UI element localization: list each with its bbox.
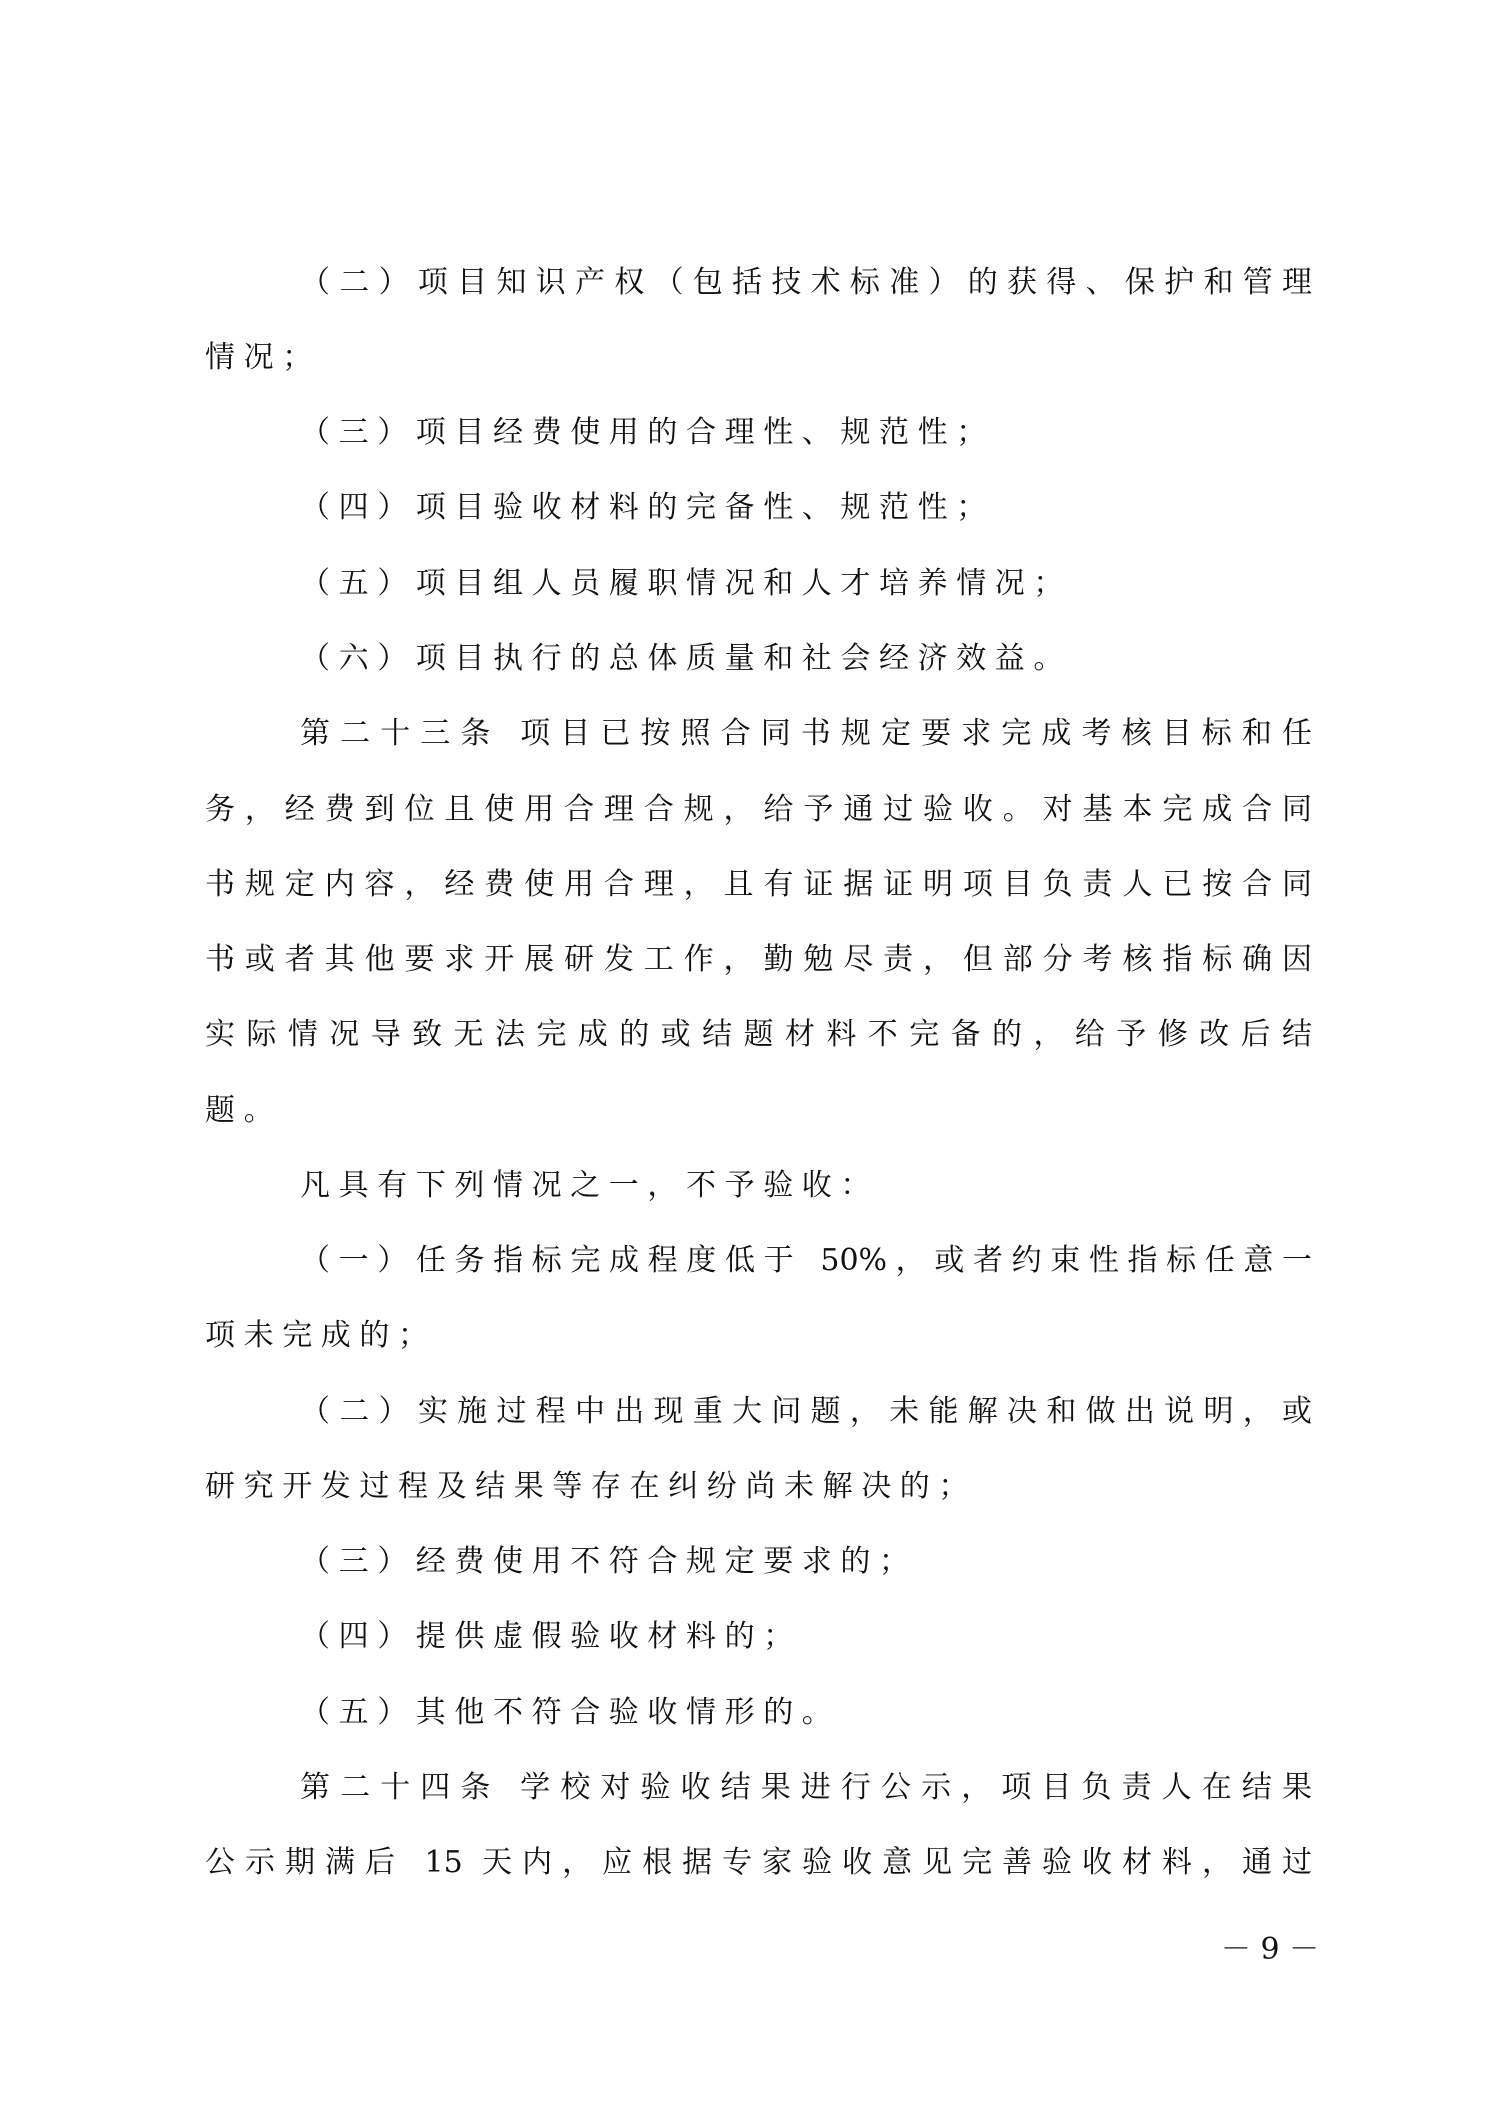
article-23-line-3: 书规定内容，经费使用合理，且有证据证明项目负责人已按合同 [205, 863, 1312, 907]
rejection-item-2: （二）实施过程中出现重大问题，未能解决和做出说明，或 [300, 1390, 1312, 1434]
rejection-item-4: （四）提供虚假验收材料的； [300, 1615, 1312, 1659]
article-23-line-2: 务，经费到位且使用合理合规，给予通过验收。对基本完成合同 [205, 788, 1312, 832]
list-item-personnel: （五）项目组人员履职情况和人才培养情况； [300, 562, 1312, 606]
article-23-line-1: 第二十三条 项目已按照合同书规定要求完成考核目标和任 [300, 712, 1312, 756]
article-23-line-6: 题。 [205, 1089, 1312, 1133]
page-number: － 9 － [1215, 1928, 1325, 1972]
rejection-item-2-cont: 研究开发过程及结果等存在纠纷尚未解决的； [205, 1465, 1312, 1509]
rejection-item-1-cont: 项未完成的； [205, 1314, 1312, 1358]
rejection-intro: 凡具有下列情况之一，不予验收： [300, 1164, 1312, 1208]
rejection-item-5: （五）其他不符合验收情形的。 [300, 1691, 1312, 1735]
list-item-intellectual-property: （二）项目知识产权（包括技术标准）的获得、保护和管理 [300, 261, 1312, 305]
article-24-line-2: 公示期满后 15 天内，应根据专家验收意见完善验收材料，通过 [205, 1841, 1312, 1885]
article-24-line-1: 第二十四条 学校对验收结果进行公示，项目负责人在结果 [300, 1766, 1312, 1810]
rejection-item-3: （三）经费使用不符合规定要求的； [300, 1540, 1312, 1584]
document-page: （二）项目知识产权（包括技术标准）的获得、保护和管理 情况； （三）项目经费使用… [0, 0, 1500, 2121]
article-23-line-5: 实际情况导致无法完成的或结题材料不完备的，给予修改后结 [205, 1013, 1312, 1057]
list-item-overall-quality: （六）项目执行的总体质量和社会经济效益。 [300, 637, 1312, 681]
list-item-funding-use: （三）项目经费使用的合理性、规范性； [300, 411, 1312, 455]
list-item-intellectual-property-cont: 情况； [205, 336, 1312, 380]
article-23-line-4: 书或者其他要求开展研发工作，勤勉尽责，但部分考核指标确因 [205, 938, 1312, 982]
list-item-acceptance-materials: （四）项目验收材料的完备性、规范性； [300, 486, 1312, 530]
rejection-item-1: （一）任务指标完成程度低于 50%，或者约束性指标任意一 [300, 1239, 1312, 1283]
